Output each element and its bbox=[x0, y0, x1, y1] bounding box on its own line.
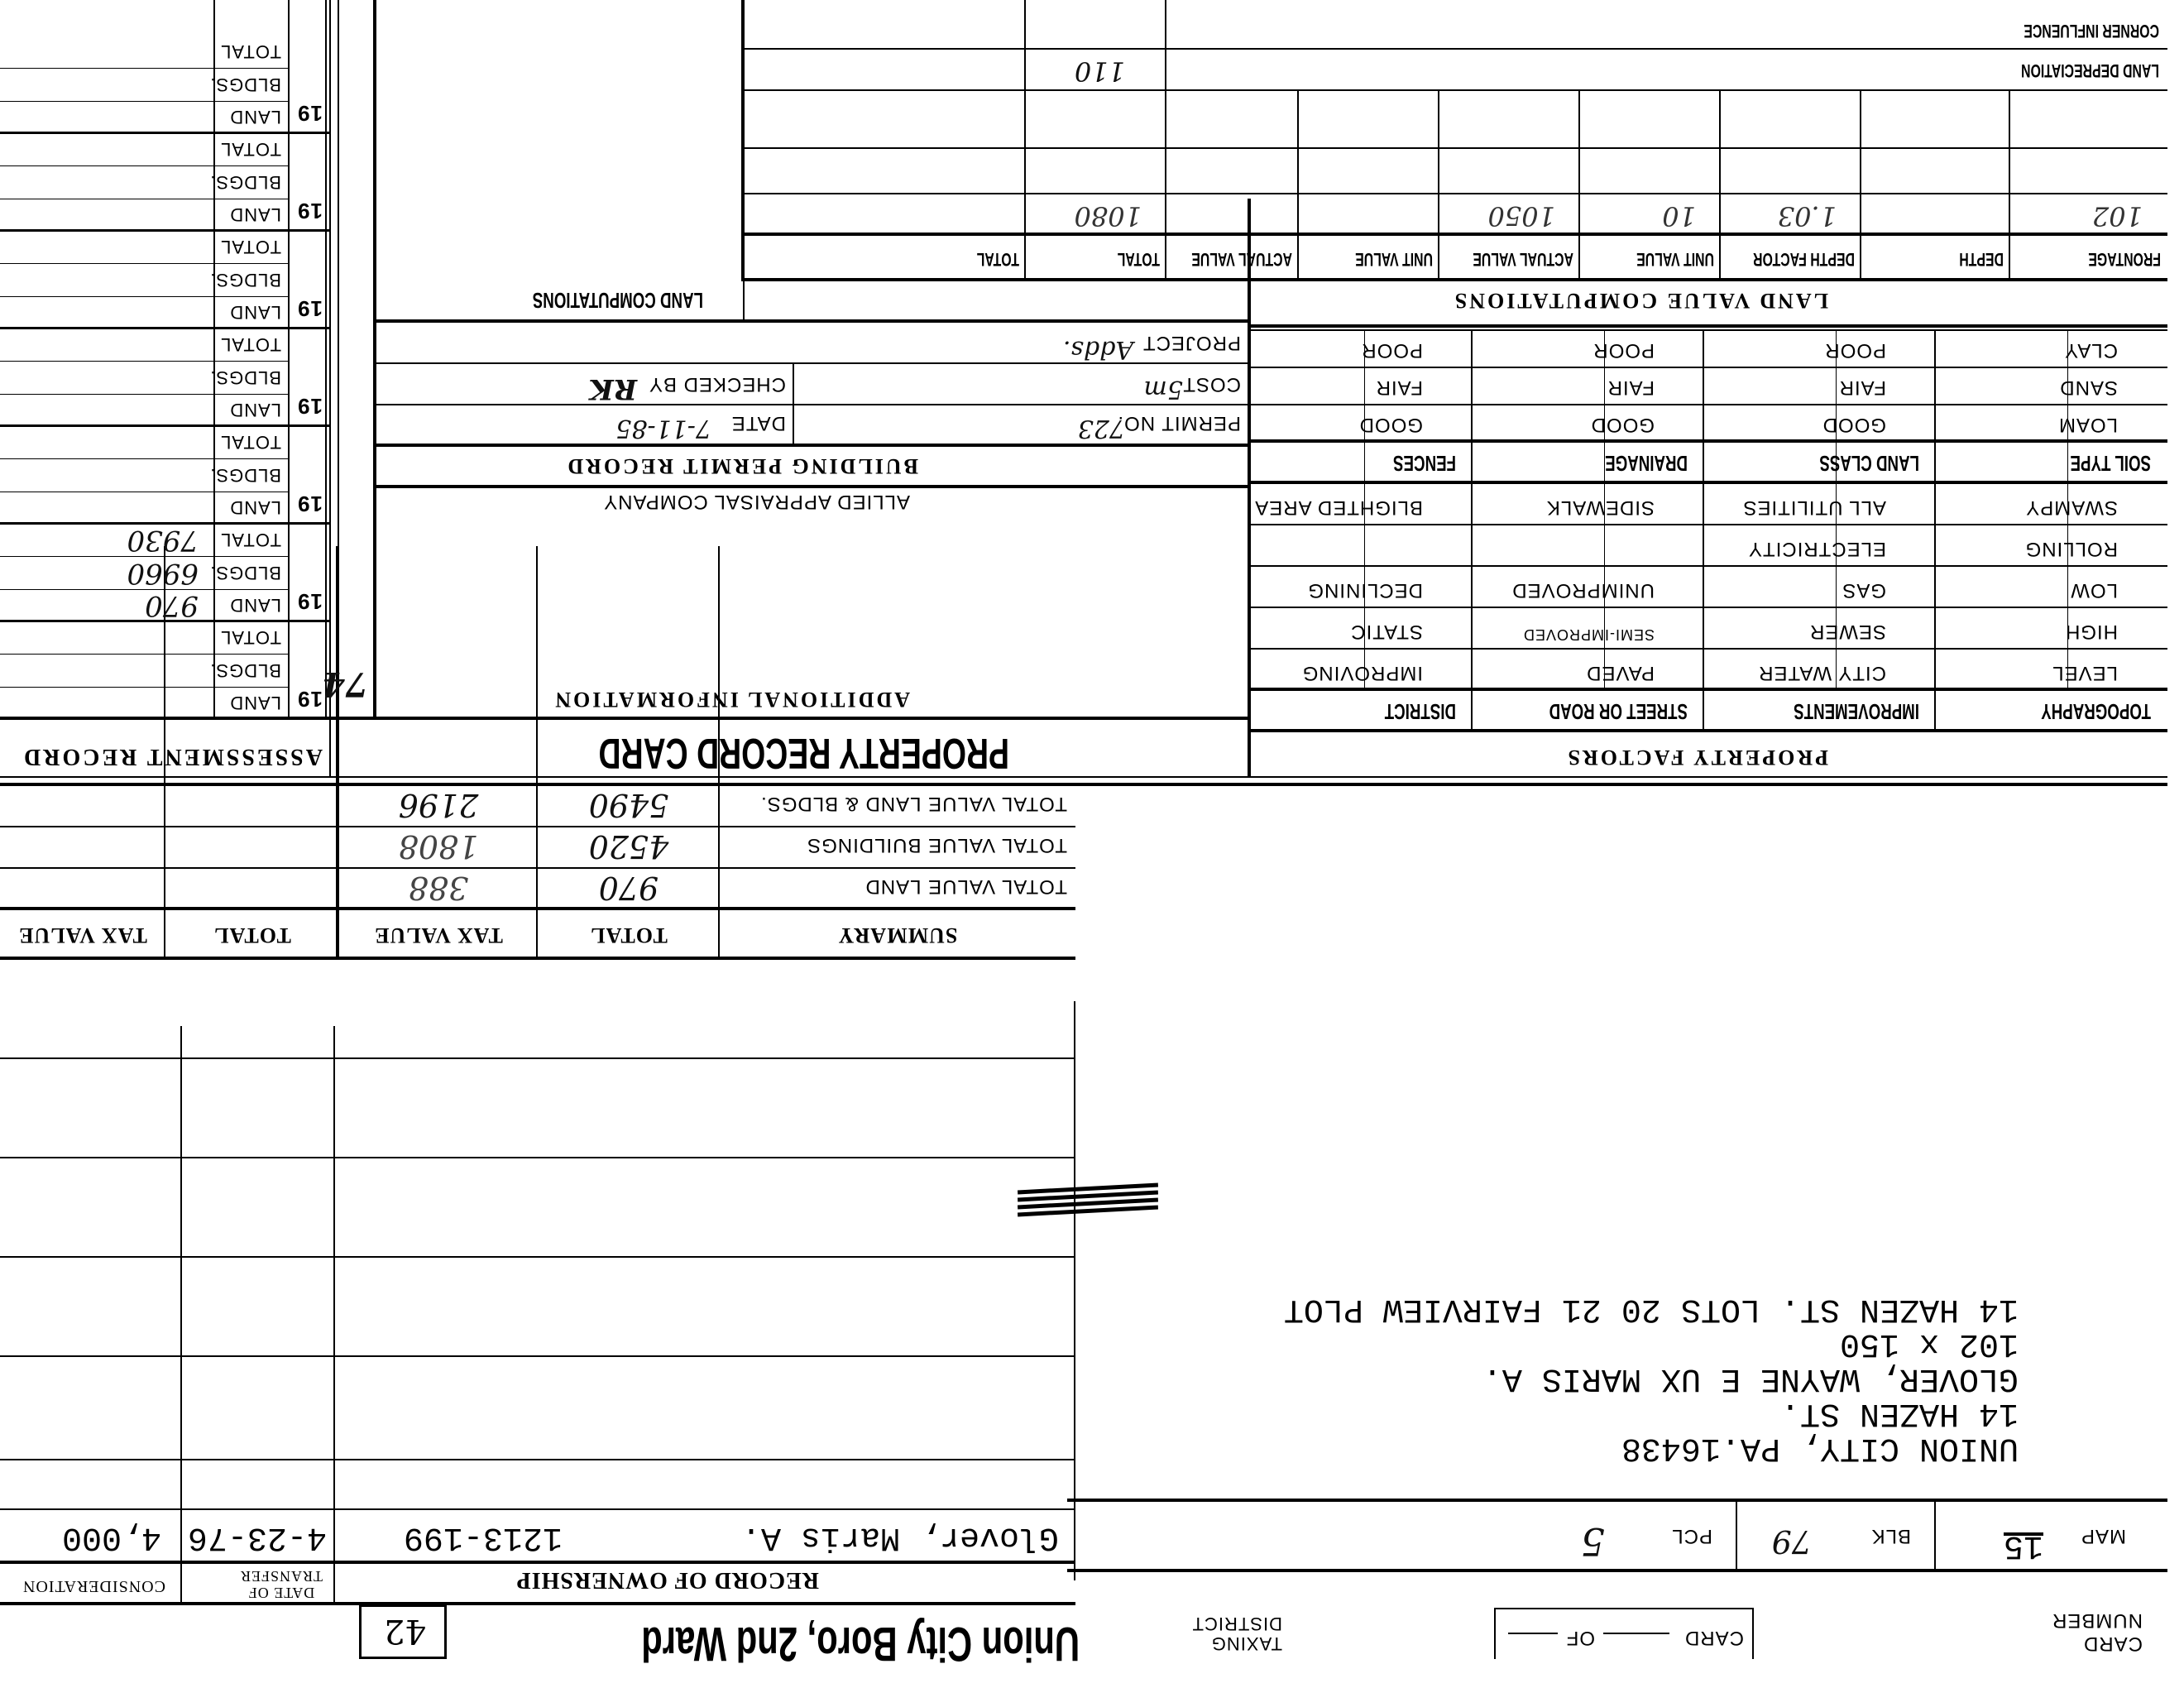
assess-row-rule bbox=[0, 165, 290, 166]
lvc-col bbox=[1860, 91, 1861, 281]
lvc-col bbox=[1165, 91, 1166, 281]
lvc-row1 bbox=[745, 193, 2167, 194]
lvc-right-col1 bbox=[1165, 0, 1166, 91]
card-of-line2 bbox=[1508, 1633, 1558, 1634]
owner-name: Glover, Maris A. bbox=[741, 1518, 1059, 1556]
bpr-row1 bbox=[376, 404, 1251, 405]
pf-header-bottom: SOIL TYPE bbox=[2071, 450, 2151, 476]
assess-v-value bbox=[213, 0, 215, 720]
allied-appraisal: ALLIED APPRAISAL COMPANY bbox=[603, 490, 910, 513]
assess-v-year bbox=[338, 0, 339, 778]
summary-row-land-label: TOTAL VALUE LAND bbox=[864, 875, 1067, 898]
pf-cell-bottom: POOR bbox=[1824, 338, 1886, 362]
assess-row-label: LAND bbox=[229, 106, 281, 127]
owner-deed: 1213-199 bbox=[404, 1518, 563, 1556]
pf-cell: GAS bbox=[1842, 578, 1886, 602]
summary-total-header: TOTAL bbox=[538, 923, 720, 947]
permit-date-label: DATE bbox=[731, 411, 786, 434]
rule-summary-top bbox=[0, 957, 1075, 960]
pf-cell: PAVED bbox=[1586, 661, 1655, 684]
pf-header: IMPROVEMENTS bbox=[1794, 698, 1919, 724]
pf-header: STREET OR ROAD bbox=[1549, 698, 1688, 724]
assess-year-prefix: 19 bbox=[297, 100, 323, 126]
card-number-label: CARD NUMBER bbox=[2052, 1609, 2143, 1655]
assess-row-label: LAND bbox=[229, 301, 281, 323]
card-label-line1: CARD bbox=[2052, 1632, 2143, 1655]
rule-ownership-top bbox=[0, 1602, 1075, 1605]
assess-row-rule bbox=[0, 101, 290, 102]
assess-block-rule bbox=[0, 132, 331, 134]
consideration-header: CONSIDERATION bbox=[22, 1576, 165, 1595]
pf-cell-bottom: CLAY bbox=[2064, 338, 2118, 362]
pf-bottom bbox=[1251, 324, 2167, 328]
card-of-card-label: CARD bbox=[1684, 1626, 1744, 1649]
blk-value: 79 bbox=[1772, 1523, 1812, 1560]
lvc-col bbox=[2009, 91, 2010, 281]
assess-year-prefix: 19 bbox=[297, 588, 323, 614]
assess-v-19b bbox=[288, 0, 290, 720]
assess-row-rule bbox=[0, 654, 290, 655]
assess-row-label: LAND bbox=[229, 692, 281, 713]
assess-year-prefix: 19 bbox=[297, 491, 323, 516]
pf-cell-bottom: GOOD bbox=[1822, 413, 1886, 436]
property-record-card-title: PROPERTY RECORD CARD bbox=[599, 728, 1009, 778]
lvc-right-col2 bbox=[1024, 0, 1026, 91]
assess-row-rule bbox=[0, 687, 290, 688]
assess-row-label: TOTAL bbox=[220, 236, 281, 257]
pf-header: DISTRICT bbox=[1385, 698, 1456, 724]
assess-v-label bbox=[329, 0, 331, 778]
taxing-district-label: TAXING DISTRICT bbox=[1192, 1614, 1282, 1653]
box-number-value: 42 bbox=[384, 1612, 426, 1650]
rule-parcel-top bbox=[1067, 1569, 2167, 1572]
summary-row-2 bbox=[0, 826, 1075, 827]
summary-land-tax: 388 bbox=[339, 870, 538, 906]
pf-row-rule-b bbox=[1251, 329, 2167, 331]
card-of-of-label: OF bbox=[1566, 1626, 1595, 1649]
checked-by-label: CHECKED BY bbox=[649, 372, 786, 396]
land-value-comp-title: LAND VALUE COMPUTATIONS bbox=[1453, 288, 1828, 313]
box-number: 42 bbox=[359, 1604, 447, 1659]
rule-parcel-v1 bbox=[1934, 1502, 1936, 1572]
pf-check-rule bbox=[2067, 331, 2068, 691]
lvc-value: 1050 bbox=[1488, 200, 1555, 232]
land-comp-left bbox=[743, 281, 745, 323]
lvc-value: 1080 bbox=[1075, 200, 1142, 232]
assess-row-rule bbox=[0, 361, 290, 362]
pf-cell-bottom: POOR bbox=[1361, 338, 1423, 362]
assess-block-rule bbox=[0, 522, 331, 525]
lvc-header: UNIT VALUE bbox=[1636, 248, 1714, 270]
pf-cell: DECLINING bbox=[1307, 578, 1423, 602]
bpr-header bbox=[376, 444, 1251, 447]
rule-ownership-header bbox=[0, 1561, 1075, 1564]
assess-row-label: BLDGS. bbox=[209, 74, 281, 95]
pf-check-rule bbox=[1604, 331, 1605, 691]
pf-header-bottom: FENCES bbox=[1393, 450, 1456, 476]
summary-bottom-2 bbox=[0, 776, 2167, 778]
assess-row-label: TOTAL bbox=[220, 333, 281, 355]
project-value: Adds. bbox=[1063, 335, 1133, 364]
project-label: PROJECT bbox=[1142, 331, 1241, 354]
lvc-header: TOTAL bbox=[1118, 248, 1160, 270]
lvc-header: DEPTH FACTOR bbox=[1753, 248, 1855, 270]
lvc-col bbox=[1578, 91, 1580, 281]
pf-cell: LEVEL bbox=[2052, 661, 2118, 684]
assess-row-label: TOTAL bbox=[220, 138, 281, 160]
assess-year-prefix: 19 bbox=[297, 393, 323, 419]
rule-address-ownership bbox=[1074, 1001, 1075, 1580]
summary-tax-header: TAX VALUE bbox=[339, 923, 538, 947]
pf-cell-bottom: POOR bbox=[1592, 338, 1655, 362]
pf-row-rule-b bbox=[1251, 404, 2167, 405]
ownership-date-header: DATE OF TRANSFER bbox=[240, 1568, 323, 1601]
lvc-header: UNIT VALUE bbox=[1355, 248, 1433, 270]
own-row-1 bbox=[0, 1508, 1075, 1510]
pf-row-rule-b bbox=[1251, 367, 2167, 368]
assess-block-rule bbox=[0, 717, 331, 720]
assess-row-label: BLDGS. bbox=[209, 171, 281, 193]
summary-bldg-tax: 1808 bbox=[339, 828, 538, 865]
date-header-2: TRANSFER bbox=[240, 1568, 323, 1585]
lvc-col bbox=[1438, 91, 1439, 281]
card-label-line2: NUMBER bbox=[2052, 1609, 2143, 1632]
assess-v-19 bbox=[325, 0, 327, 720]
summary-bottom bbox=[0, 783, 2167, 786]
address-line-city: UNION CITY, PA.16438 bbox=[1284, 1430, 2019, 1465]
pf-cell: ALL UTILITIES bbox=[1743, 496, 1887, 519]
checked-by-value: RK bbox=[589, 372, 637, 405]
assess-row-label: BLDGS. bbox=[209, 659, 281, 681]
pf-cell: ROLLING bbox=[2025, 537, 2118, 560]
lvc-header-rule bbox=[745, 233, 2167, 236]
permit-no-label: PERMIT NO. bbox=[1117, 411, 1241, 434]
own-row-4 bbox=[0, 1256, 1075, 1258]
struck-stamp bbox=[1018, 1183, 1158, 1216]
ownership-title: RECORD OF OWNERSHIP bbox=[516, 1566, 819, 1593]
pf-cell-bottom: GOOD bbox=[1359, 413, 1423, 436]
assess-row-rule bbox=[0, 263, 290, 264]
assess-year-prefix: 19 bbox=[297, 686, 323, 712]
lvc-header: ACTUAL VALUE bbox=[1191, 248, 1292, 270]
center-right-rule bbox=[373, 0, 376, 720]
summary-row-bldg-label: TOTAL VALUE BUILDINGS bbox=[807, 833, 1067, 856]
assess-row-label: TOTAL bbox=[220, 41, 281, 62]
summary-land-total: 970 bbox=[538, 870, 720, 906]
cost-label: COST bbox=[1182, 372, 1241, 396]
lvc-col bbox=[1297, 91, 1299, 281]
taxing-label-line2: DISTRICT bbox=[1192, 1614, 1282, 1633]
summary-total-header-2: TOTAL bbox=[165, 923, 339, 947]
summary-bldg-total: 4520 bbox=[538, 828, 720, 865]
pf-cell: STATIC bbox=[1350, 620, 1423, 643]
lvc-row3 bbox=[745, 89, 2167, 91]
owner-consideration: 4,000 bbox=[62, 1518, 161, 1556]
address-line-legal: 14 HAZEN ST. LOTS 20 21 FAIRVIEW PLOT bbox=[1284, 1291, 2019, 1326]
own-row-6 bbox=[0, 1057, 1075, 1059]
rule-parcel-bottom bbox=[1067, 1499, 2167, 1502]
pf-cell-bottom: FAIR bbox=[1376, 376, 1423, 399]
assess-row-label: LAND bbox=[229, 594, 281, 616]
assess-row-rule bbox=[0, 394, 290, 395]
pf-col-rule bbox=[1703, 331, 1704, 732]
assess-row-rule bbox=[0, 458, 290, 459]
pf-row-rule bbox=[1251, 565, 2167, 567]
pf-row-rule bbox=[1251, 607, 2167, 608]
rule-own-v2 bbox=[180, 1026, 182, 1605]
assess-year-prefix: 19 bbox=[297, 295, 323, 321]
pf-cell-bottom: GOOD bbox=[1591, 413, 1655, 436]
taxing-label-line1: TAXING bbox=[1192, 1633, 1282, 1653]
assess-row-label: TOTAL bbox=[220, 529, 281, 550]
lvc-col bbox=[1719, 91, 1721, 281]
permit-no-value: 723 bbox=[1078, 414, 1125, 443]
pf-cell: SEWER bbox=[1809, 620, 1886, 643]
map-value: 15 bbox=[2004, 1527, 2043, 1564]
building-permit-title: BUILDING PERMIT RECORD bbox=[565, 453, 918, 478]
pf-top bbox=[1251, 729, 2167, 732]
prc-bottom bbox=[331, 717, 1251, 720]
pf-cell: LOW bbox=[2070, 578, 2118, 602]
side-note: 74 bbox=[322, 664, 368, 703]
assess-total-value: 7930 bbox=[127, 524, 199, 557]
assess-land-value: 970 bbox=[145, 589, 199, 622]
date-header-1: DATE OF bbox=[240, 1585, 323, 1601]
assess-row-rule bbox=[0, 68, 290, 69]
pf-header-rule-2 bbox=[1251, 439, 2167, 443]
assess-row-label: BLDGS. bbox=[209, 562, 281, 583]
address-line-dimensions: 102 x 150 bbox=[1284, 1326, 2019, 1360]
property-factors-title: PROPERTY FACTORS bbox=[1566, 745, 1828, 770]
address-line-owner: GLOVER, WAYNE E UX MARIS A. bbox=[1284, 1360, 2019, 1395]
lvc-header: FRONTAGE bbox=[2088, 248, 2161, 270]
assess-row-label: LAND bbox=[229, 204, 281, 225]
center-land-comp-right bbox=[741, 0, 745, 281]
assess-row-label: LAND bbox=[229, 399, 281, 420]
pf-check-rule bbox=[1836, 331, 1837, 691]
map-label: MAP bbox=[2081, 1524, 2126, 1547]
assess-row-rule bbox=[0, 296, 290, 297]
pf-cell: SIDEWALK bbox=[1546, 496, 1655, 519]
address-line-street: 14 HAZEN ST. bbox=[1284, 1395, 2019, 1430]
pcl-label: PCL bbox=[1671, 1524, 1712, 1547]
lvc-value: 10 bbox=[1662, 200, 1696, 232]
pf-col-rule bbox=[1934, 331, 1936, 732]
lvc-top bbox=[745, 278, 2167, 281]
cost-value: 5m bbox=[1143, 375, 1183, 404]
blk-label: BLK bbox=[1871, 1524, 1911, 1547]
pf-header: TOPOGRAPHY bbox=[2041, 698, 2151, 724]
pf-cell: IMPROVING bbox=[1302, 661, 1423, 684]
assess-row-rule bbox=[0, 199, 290, 199]
assess-block-rule bbox=[0, 327, 331, 329]
pf-cell: ELECTRICITY bbox=[1748, 537, 1886, 560]
pf-cell-bottom: FAIR bbox=[1839, 376, 1886, 399]
pf-cell: CITY WATER bbox=[1758, 661, 1886, 684]
pf-mid-rule bbox=[1251, 481, 2167, 484]
lvc-value: 1.03 bbox=[1778, 200, 1837, 232]
additional-info-title: ADDITIONAL INFORMATION bbox=[553, 687, 910, 712]
own-row-3 bbox=[0, 1355, 1075, 1357]
lvc-header: ACTUAL VALUE bbox=[1473, 248, 1573, 270]
rule-own-v1 bbox=[333, 1026, 335, 1605]
assess-bldgs-value: 6960 bbox=[127, 557, 199, 590]
summary-row-1 bbox=[0, 867, 1075, 869]
own-row-5 bbox=[0, 1157, 1075, 1158]
permit-date-value: 7-11-85 bbox=[615, 414, 711, 443]
assess-row-label: BLDGS. bbox=[209, 464, 281, 486]
assess-year-prefix: 19 bbox=[297, 198, 323, 223]
pf-cell: BLIGHTED AREA bbox=[1254, 496, 1423, 519]
assess-row-label: LAND bbox=[229, 496, 281, 518]
bpr-top bbox=[376, 485, 1251, 488]
lvc-row4 bbox=[745, 48, 2167, 50]
pcl-value: 5 bbox=[1581, 1519, 1605, 1564]
rule-summary-header bbox=[0, 907, 1075, 910]
assess-row-label: TOTAL bbox=[220, 431, 281, 453]
rule-parcel-v2 bbox=[1736, 1502, 1737, 1572]
lvc-header: TOTAL bbox=[977, 248, 1019, 270]
summary-grand-total: 5490 bbox=[538, 787, 720, 823]
assess-row-label: BLDGS. bbox=[209, 269, 281, 290]
property-record-card: CARD NUMBER CARD OF TAXING DISTRICT Unio… bbox=[0, 0, 2184, 1688]
owner-transfer-date: 4-23-76 bbox=[188, 1518, 327, 1556]
lvc-row2 bbox=[745, 147, 2167, 149]
assessment-title: ASSESSMENT RECORD bbox=[22, 743, 323, 770]
summary-grand-tax: 2196 bbox=[339, 787, 538, 823]
assess-row-label: BLDGS. bbox=[209, 367, 281, 388]
taxing-district-value: Union City Boro, 2nd Ward bbox=[641, 1616, 1080, 1671]
address-block: UNION CITY, PA.16438 14 HAZEN ST. GLOVER… bbox=[1284, 1291, 2019, 1465]
pf-check-rule bbox=[1364, 331, 1365, 691]
assess-block-rule bbox=[0, 424, 331, 427]
summary-row-total-label: TOTAL VALUE LAND & BLDGS. bbox=[760, 792, 1067, 815]
pf-header-bottom: LAND CLASS bbox=[1819, 450, 1919, 476]
assess-row-rule bbox=[0, 492, 290, 492]
pf-cell-bottom: FAIR bbox=[1607, 376, 1655, 399]
card-of-box: CARD OF bbox=[1494, 1608, 1754, 1659]
pf-cell: SWAMPY bbox=[2025, 496, 2118, 519]
summary-tax-header-2: TAX VALUE bbox=[0, 923, 165, 947]
pf-col-rule bbox=[1471, 331, 1473, 732]
pf-header-bottom: DRAINAGE bbox=[1605, 450, 1688, 476]
lvc-col bbox=[1024, 91, 1026, 281]
corner-influence-label: CORNER INFLUENCE bbox=[2024, 20, 2159, 41]
card-of-line1 bbox=[1603, 1633, 1669, 1634]
land-depreciation-value: 110 bbox=[1075, 55, 1125, 87]
land-depreciation-label: LAND DEPRECIATION bbox=[2021, 60, 2159, 81]
pf-header-rule bbox=[1251, 688, 2167, 691]
summary-header: SUMMARY bbox=[720, 923, 1075, 947]
assess-block-rule bbox=[0, 229, 331, 232]
center-left-rule bbox=[1248, 199, 1251, 778]
assess-row-label: TOTAL bbox=[220, 626, 281, 648]
bpr-bottom bbox=[376, 319, 1251, 323]
pf-row-rule bbox=[1251, 648, 2167, 650]
pf-cell: UNIMPROVED bbox=[1511, 578, 1655, 602]
pf-row-rule bbox=[1251, 524, 2167, 525]
pf-cell: HIGH bbox=[2065, 620, 2118, 643]
pf-cell: SEMI-IMPROVED bbox=[1523, 626, 1655, 643]
bpr-mid bbox=[793, 364, 794, 447]
own-row-2 bbox=[0, 1459, 1075, 1460]
lvc-header: DEPTH bbox=[1959, 248, 2004, 270]
land-computations-label: LAND COMPUTATIONS bbox=[533, 287, 703, 313]
lvc-value: 102 bbox=[2092, 200, 2143, 232]
